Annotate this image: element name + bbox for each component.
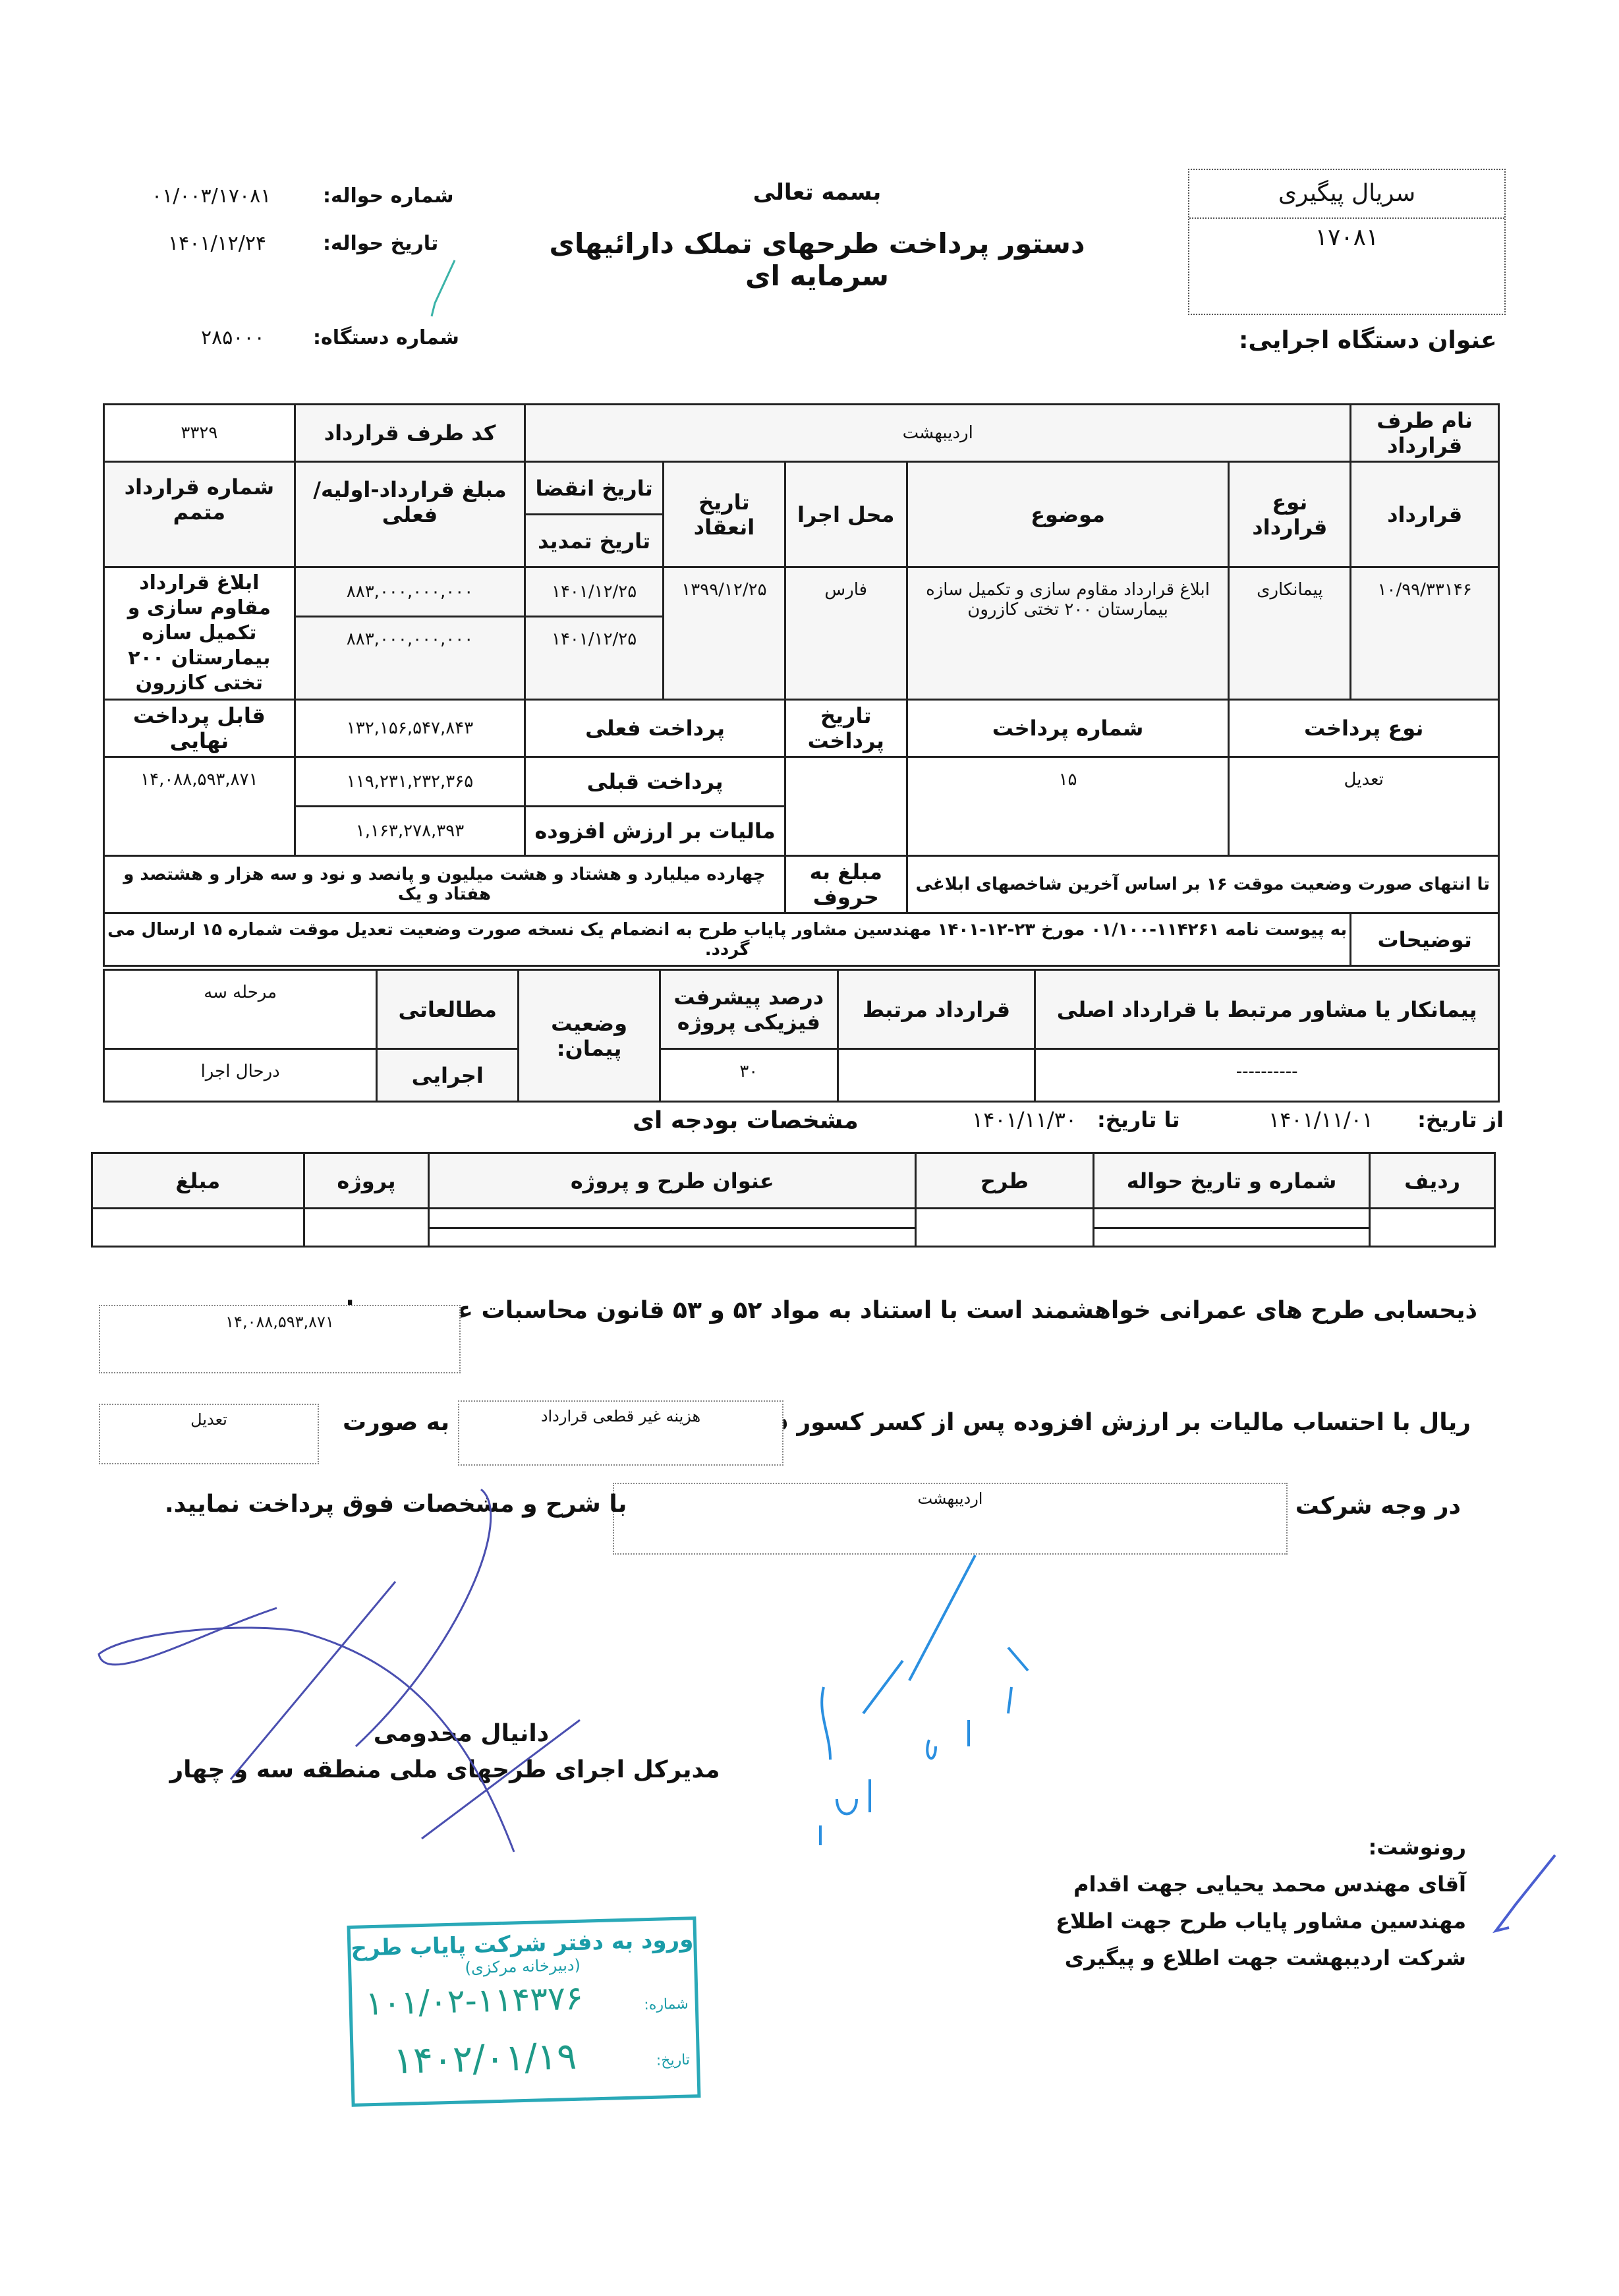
budget-table: ردیف شماره و تاریخ حواله طرح عنوان طرح و… xyxy=(91,1152,1496,1248)
previous-payment: ۱۱۹,۲۳۱,۲۳۲,۳۶۵ xyxy=(295,757,525,807)
company-value: اردیبهشت xyxy=(614,1484,1286,1508)
vat: ۱,۱۶۳,۲۷۸,۳۹۳ xyxy=(295,807,525,856)
executive-agency-label: عنوان دستگاه اجرایی: xyxy=(1239,327,1497,354)
closing-line: با شرح و مشخصات فوق پرداخت نمایید. xyxy=(165,1491,627,1518)
reason-value: هزینه غیر قطعی قرارداد xyxy=(459,1402,782,1425)
party-code-label: کد طرف قرارداد xyxy=(295,405,525,462)
budget-cell xyxy=(1093,1228,1369,1247)
payment-date xyxy=(785,757,907,856)
contract-table: نام طرف قرارداد اردیبهشت کد طرف قرارداد … xyxy=(103,403,1500,967)
budget-title: مشخصات بودجه ای xyxy=(633,1107,859,1134)
expiry-date: ۱۴۰۱/۱۲/۲۵ xyxy=(525,567,664,617)
col-title: عنوان طرح و پروژه xyxy=(429,1153,916,1209)
transfer-date-label: تاریخ حواله: xyxy=(323,232,438,255)
tracking-serial-box: سریال پیگیری ۱۷۰۸۱ xyxy=(1188,169,1506,315)
checkmark-icon xyxy=(432,260,455,316)
budget-cell xyxy=(916,1209,1094,1247)
stamp-date: ۱۴۰۲/۰۱/۱۹ xyxy=(393,2035,577,2082)
stamp-date-label: تاریخ: xyxy=(656,2052,691,2069)
as-box: تعدیل xyxy=(99,1404,319,1464)
budget-to-label: تا تاریخ: xyxy=(1097,1107,1180,1132)
related-contractor: ---------- xyxy=(1035,1049,1499,1102)
extension-date: ۱۴۰۱/۱۲/۲۵ xyxy=(525,617,664,700)
col-plan: طرح xyxy=(916,1153,1094,1209)
received-stamp: ورود به دفتر شرکت پایاب طرح (دبیرخانه مر… xyxy=(347,1916,700,2107)
signature-scribble xyxy=(99,1489,580,1852)
study-label: مطالعاتی xyxy=(377,970,519,1049)
transfer-number: ۰۱/۰۰۳/۱۷۰۸۱ xyxy=(152,185,271,208)
budget-from: ۱۴۰۱/۱۱/۰۱ xyxy=(1268,1107,1373,1132)
final-payable: ۱۴,۰۸۸,۵۹۳,۸۷۱ xyxy=(104,757,295,856)
payment-type-label: نوع پرداخت xyxy=(1229,700,1499,757)
col-project: پروژه xyxy=(304,1153,429,1209)
contract-status-label: وضعیت پیمان: xyxy=(519,970,660,1102)
payment-number: ۱۵ xyxy=(907,757,1229,856)
payment-type: تعدیل xyxy=(1229,757,1499,856)
amount-in-words: چهارده میلیارد و هشتاد و هشت میلیون و پا… xyxy=(104,856,785,913)
notes-label: توضیحات xyxy=(1351,913,1499,966)
cc-label: رونوشت: xyxy=(1056,1829,1466,1866)
budget-to: ۱۴۰۱/۱۱/۳۰ xyxy=(972,1107,1077,1132)
supplement-header: شماره قرارداد متمم xyxy=(104,462,295,567)
final-payable-label: قابل پرداخت نهایی xyxy=(104,700,295,757)
budget-cell xyxy=(429,1228,916,1247)
progress-value: ۳۰ xyxy=(660,1049,838,1102)
exec-value: درحال اجرا xyxy=(104,1049,377,1102)
budget-cell xyxy=(304,1209,429,1247)
amount-header: مبلغ قرارداد-اولیه/فعلی xyxy=(295,462,525,567)
expiry-date-header: تاریخ انقضا xyxy=(525,462,664,515)
related-contract-label: قرارداد مرتبط xyxy=(838,970,1035,1049)
reason-box: هزینه غیر قطعی قرارداد xyxy=(458,1400,783,1466)
payment-date-label: تاریخ پرداخت xyxy=(785,700,907,757)
col-transfer: شماره و تاریخ حواله xyxy=(1093,1153,1369,1209)
budget-cell xyxy=(92,1209,304,1247)
location-header: محل اجرا xyxy=(785,462,907,567)
study-value: مرحله سه xyxy=(104,970,377,1049)
notes: به پیوست نامه ۱۱۴۲۶۱-۰۱/۱۰۰ مورخ ۲۳-۱۲-۱… xyxy=(104,913,1351,966)
progress-label: درصد پیشرفت فیزیکی پروژه xyxy=(660,970,838,1049)
signatory-position: مدیرکل اجرای طرحهای ملی منطقه سه و چهار xyxy=(165,1756,725,1783)
budget-cell xyxy=(1093,1209,1369,1228)
extension-date-header: تاریخ تمدید xyxy=(525,515,664,567)
cc-block: رونوشت: آقای مهندس محمد یحیایی جهت اقدام… xyxy=(1056,1829,1466,1976)
as-label: به صورت xyxy=(343,1409,449,1436)
page-title: دستور پرداخت طرحهای تملک دارائیهای سرمای… xyxy=(514,227,1120,292)
budget-from-label: از تاریخ: xyxy=(1417,1107,1504,1132)
instruction-line-1: ذیحسابی طرح های عمرانی خواهشمند است با ا… xyxy=(329,1297,1477,1324)
party-code: ۳۳۲۹ xyxy=(104,405,295,462)
party-name-label: نام طرف قرارداد xyxy=(1351,405,1499,462)
contract-type: پیمانکاری xyxy=(1229,567,1351,700)
payment-number-label: شماره پرداخت xyxy=(907,700,1229,757)
location: فارس xyxy=(785,567,907,700)
device-number: ۲۸۵۰۰۰ xyxy=(201,326,265,349)
signing-date: ۱۳۹۹/۱۲/۲۵ xyxy=(664,567,785,700)
contract-type-header: نوع قرارداد xyxy=(1229,462,1351,567)
cc-line: مهندسین مشاور پایاب طرح جهت اطلاع xyxy=(1056,1903,1466,1939)
basmala: بسمه تعالی xyxy=(751,179,883,206)
transfer-number-label: شماره حواله: xyxy=(323,185,453,208)
checkmark-icon xyxy=(1496,1855,1555,1931)
amount-box: ۱۴,۰۸۸,۵۹۳,۸۷۱ xyxy=(99,1305,461,1373)
vat-label: مالیات بر ارزش افزوده xyxy=(525,807,785,856)
tracking-serial: ۱۷۰۸۱ xyxy=(1189,219,1504,251)
stamp-number: ۱۰۱/۰۲-۱۱۴۳۷۶ xyxy=(365,1979,584,2023)
company-label: در وجه شرکت xyxy=(1295,1493,1461,1520)
amount-box-value: ۱۴,۰۸۸,۵۹۳,۸۷۱ xyxy=(100,1306,459,1331)
amount-in-words-label: مبلغ به حروف xyxy=(785,856,907,913)
signatory-name: دانیال مخدومی xyxy=(264,1720,659,1747)
supplement-number: ابلاغ قرارداد مقاوم سازی و تکمیل سازه بی… xyxy=(104,567,295,700)
amount-initial: ۸۸۳,۰۰۰,۰۰۰,۰۰۰ xyxy=(295,567,525,617)
cc-line: آقای مهندس محمد یحیایی جهت اقدام xyxy=(1056,1866,1466,1903)
cc-line: شرکت اردیبهشت جهت اطلاع و پیگیری xyxy=(1056,1939,1466,1976)
related-table: پیمانکار یا مشاور مرتبط با قرارداد اصلی … xyxy=(103,969,1500,1103)
stamp-number-label: شماره: xyxy=(644,1995,689,2013)
related-contract xyxy=(838,1049,1035,1102)
related-contractor-label: پیمانکار یا مشاور مرتبط با قرارداد اصلی xyxy=(1035,970,1499,1049)
subject: ابلاغ قرارداد مقاوم سازی و تکمیل سازه بی… xyxy=(907,567,1229,700)
col-amount: مبلغ xyxy=(92,1153,304,1209)
payment-basis-note: تا انتهای صورت وضعیت موقت ۱۶ بر اساس آخر… xyxy=(907,856,1498,913)
transfer-date: ۱۴۰۱/۱۲/۲۴ xyxy=(168,232,266,255)
tracking-serial-label: سریال پیگیری xyxy=(1189,170,1504,219)
col-row: ردیف xyxy=(1370,1153,1495,1209)
device-number-label: شماره دستگاه: xyxy=(313,326,459,349)
company-box: اردیبهشت xyxy=(613,1483,1288,1555)
current-payment: ۱۳۲,۱۵۶,۵۴۷,۸۴۳ xyxy=(295,700,525,757)
signing-date-header: تاریخ انعقاد xyxy=(664,462,785,567)
contract-number: ۱۰/۹۹/۳۳۱۴۶ xyxy=(1351,567,1499,700)
budget-cell xyxy=(1370,1209,1495,1247)
handwritten-date xyxy=(820,1555,1028,1845)
previous-payment-label: پرداخت قبلی xyxy=(525,757,785,807)
subject-header: موضوع xyxy=(907,462,1229,567)
amount-current: ۸۸۳,۰۰۰,۰۰۰,۰۰۰ xyxy=(295,617,525,700)
as-value: تعدیل xyxy=(100,1405,318,1429)
budget-cell xyxy=(429,1209,916,1228)
party-name: اردیبهشت xyxy=(525,405,1351,462)
current-payment-label: پرداخت فعلی xyxy=(525,700,785,757)
contract-header: قرارداد xyxy=(1351,462,1499,567)
exec-label: اجرایی xyxy=(377,1049,519,1102)
